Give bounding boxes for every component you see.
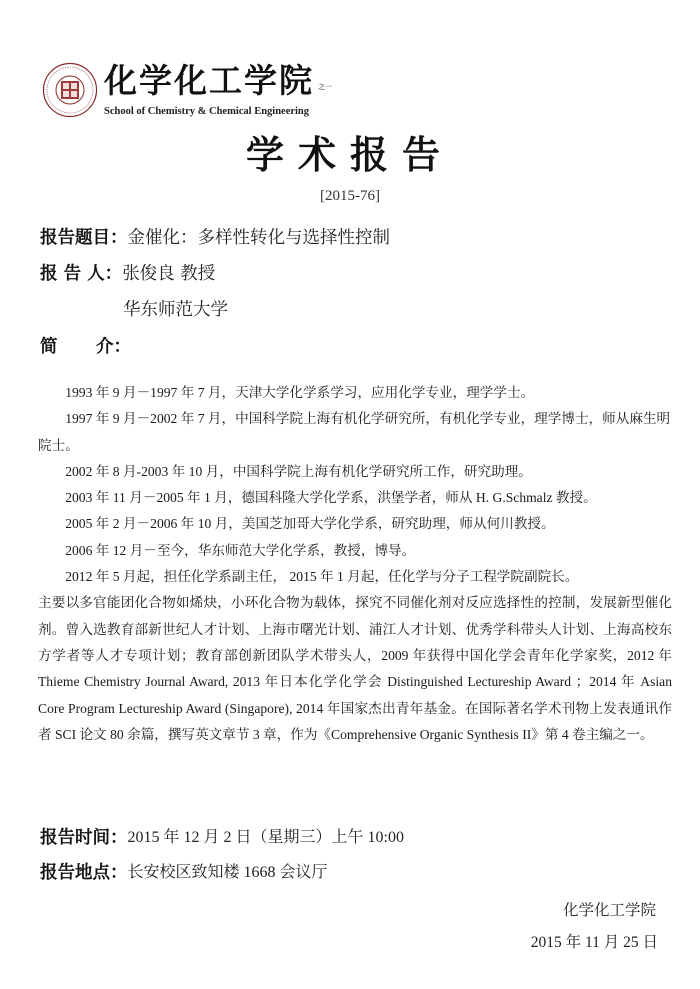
affiliation-field: 华东师范大学 — [123, 298, 228, 322]
time-value: 2015 年 12 月 2 日（星期三）上午 10:00 — [128, 826, 404, 850]
bio-paragraph: 1993 年 9 月－1997 年 7 月，天津大学化学系学习，应用化学专业，理… — [38, 380, 672, 406]
intro-label-b: 介： — [96, 335, 131, 359]
topic-field: 报告题目： 金催化：多样性转化与选择性控制 — [40, 226, 390, 250]
bio-paragraph: 2002 年 8 月-2003 年 10 月，中国科学院上海有机化学研究所工作，… — [38, 459, 672, 485]
speaker-field: 报 告 人： 张俊良 教授 — [40, 262, 215, 286]
page-title: 学术报告 — [0, 133, 700, 177]
topic-label: 报告题目： — [40, 226, 128, 250]
speaker-label: 报 告 人： — [40, 262, 122, 286]
intro-heading: 简 介： — [40, 335, 131, 359]
logo-small-mark: 之一 — [318, 69, 332, 105]
time-label: 报告时间： — [40, 826, 128, 850]
bio-paragraph: 1997 年 9 月－2002 年 7 月，中国科学院上海有机化学研究所，有机化… — [38, 406, 672, 459]
bio-paragraph: 2003 年 11 月－2005 年 1 月，德国科隆大学化学系，洪堡学者，师从… — [38, 485, 672, 511]
speaker-value: 张俊良 教授 — [122, 262, 215, 286]
place-field: 报告地点： 长安校区致知楼 1668 会议厅 — [40, 861, 328, 885]
document-number: [2015-76] — [0, 188, 700, 205]
bio-summary: 主要以多官能团化合物如烯炔，小环化合物为载体，探究不同催化剂对反应选择性的控制，… — [38, 590, 672, 748]
bio-paragraph: 2005 年 2 月－2006 年 10 月，美国芝加哥大学化学系，研究助理，师… — [38, 511, 672, 537]
school-seal-icon — [42, 62, 98, 118]
signature-organization: 化学化工学院 — [563, 898, 656, 920]
biography: 1993 年 9 月－1997 年 7 月，天津大学化学系学习，应用化学专业，理… — [38, 380, 672, 748]
signature-date: 2015 年 11 月 25 日 — [531, 930, 658, 952]
time-field: 报告时间： 2015 年 12 月 2 日（星期三）上午 10:00 — [40, 826, 404, 850]
bio-paragraph: 2006 年 12 月－至今，华东师范大学化学系，教授，博导。 — [38, 538, 672, 564]
topic-value: 金催化：多样性转化与选择性控制 — [128, 226, 391, 250]
place-label: 报告地点： — [40, 861, 128, 885]
school-logo: 化学化工学院 之一 School of Chemistry & Chemical… — [42, 62, 332, 118]
place-value: 长安校区致知楼 1668 会议厅 — [128, 861, 328, 885]
school-name-en: School of Chemistry & Chemical Engineeri… — [104, 106, 332, 118]
intro-label-a: 简 — [40, 335, 96, 359]
bio-paragraph: 2012 年 5 月起，担任化学系副主任， 2015 年 1 月起，任化学与分子… — [38, 564, 672, 590]
affiliation-value: 华东师范大学 — [123, 298, 228, 322]
school-name-cn: 化学化工学院 之一 — [104, 63, 332, 105]
